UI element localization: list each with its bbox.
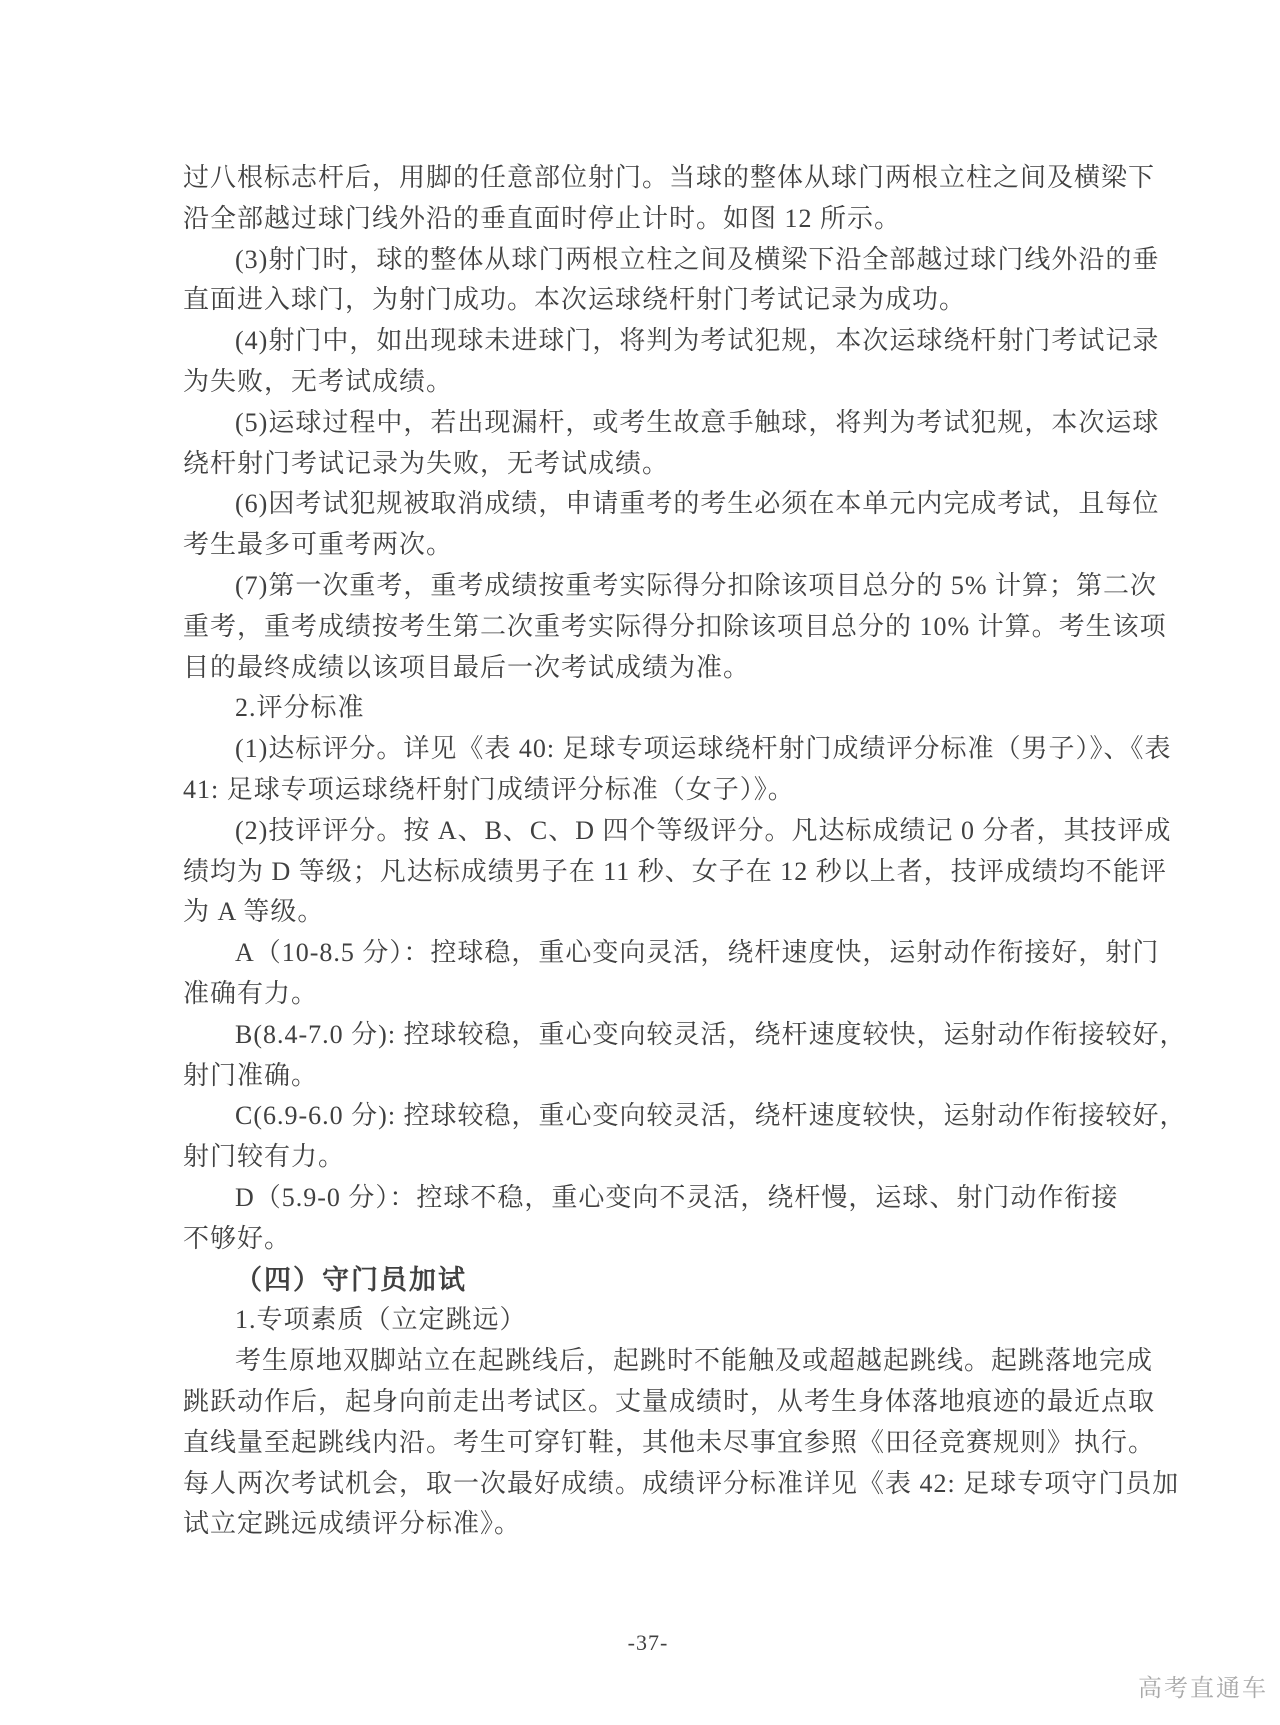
document-page: 过八根标志杆后，用脚的任意部位射门。当球的整体从球门两根立柱之间及横梁下沿全部越… <box>0 0 1280 1725</box>
text-column: 过八根标志杆后，用脚的任意部位射门。当球的整体从球门两根立柱之间及横梁下沿全部越… <box>183 158 1113 1545</box>
text-line: 重考，重考成绩按考生第二次重考实际得分扣除该项目总分的 10% 计算。考生该项 <box>183 607 1113 648</box>
text-line: 沿全部越过球门线外沿的垂直面时停止计时。如图 12 所示。 <box>183 199 1113 240</box>
text-line: 41: 足球专项运球绕杆射门成绩评分标准（女子）》。 <box>183 770 1113 811</box>
text-line: 为失败，无考试成绩。 <box>183 362 1113 403</box>
page-number: -37- <box>183 1630 1113 1656</box>
watermark: 高考直通车 <box>1138 1668 1268 1703</box>
text-line: 绩均为 D 等级；凡达标成绩男子在 11 秒、女子在 12 秒以上者，技评成绩均… <box>183 852 1113 893</box>
text-line: 绕杆射门考试记录为失败，无考试成绩。 <box>183 444 1113 485</box>
text-line: (4)射门中，如出现球未进球门，将判为考试犯规，本次运球绕杆射门考试记录 <box>183 321 1113 362</box>
text-line: (7)第一次重考，重考成绩按重考实际得分扣除该项目总分的 5% 计算；第二次 <box>183 566 1113 607</box>
text-line: B(8.4-7.0 分): 控球较稳，重心变向较灵活，绕杆速度较快，运射动作衔接… <box>183 1015 1113 1056</box>
text-line: 直面进入球门，为射门成功。本次运球绕杆射门考试记录为成功。 <box>183 280 1113 321</box>
text-line: A（10-8.5 分）：控球稳，重心变向灵活，绕杆速度快，运射动作衔接好，射门 <box>183 933 1113 974</box>
text-line: 为 A 等级。 <box>183 892 1113 933</box>
text-line: 准确有力。 <box>183 974 1113 1015</box>
text-line: 射门较有力。 <box>183 1137 1113 1178</box>
text-line: (1)达标评分。详见《表 40: 足球专项运球绕杆射门成绩评分标准（男子）》、《… <box>183 729 1113 770</box>
text-line: 跳跃动作后，起身向前走出考试区。丈量成绩时，从考生身体落地痕迹的最近点取 <box>183 1382 1113 1423</box>
text-line: 2.评分标准 <box>183 688 1113 729</box>
text-line: C(6.9-6.0 分): 控球较稳，重心变向较灵活，绕杆速度较快，运射动作衔接… <box>183 1096 1113 1137</box>
text-line: (6)因考试犯规被取消成绩，申请重考的考生必须在本单元内完成考试，且每位 <box>183 484 1113 525</box>
text-line: D（5.9-0 分）：控球不稳，重心变向不灵活，绕杆慢，运球、射门动作衔接 <box>183 1178 1113 1219</box>
text-line: 每人两次考试机会，取一次最好成绩。成绩评分标准详见《表 42: 足球专项守门员加 <box>183 1464 1113 1505</box>
text-line: 过八根标志杆后，用脚的任意部位射门。当球的整体从球门两根立柱之间及横梁下 <box>183 158 1113 199</box>
text-line: 考生原地双脚站立在起跳线后，起跳时不能触及或超越起跳线。起跳落地完成 <box>183 1341 1113 1382</box>
text-line: 目的最终成绩以该项目最后一次考试成绩为准。 <box>183 648 1113 689</box>
text-line: (3)射门时，球的整体从球门两根立柱之间及横梁下沿全部越过球门线外沿的垂 <box>183 240 1113 281</box>
text-line: 1.专项素质（立定跳远） <box>183 1300 1113 1341</box>
text-line: (5)运球过程中，若出现漏杆，或考生故意手触球，将判为考试犯规，本次运球 <box>183 403 1113 444</box>
text-line: 直线量至起跳线内沿。考生可穿钉鞋，其他未尽事宜参照《田径竞赛规则》执行。 <box>183 1423 1113 1464</box>
section-heading: （四）守门员加试 <box>183 1260 1113 1301</box>
text-line: 考生最多可重考两次。 <box>183 525 1113 566</box>
text-line: 试立定跳远成绩评分标准》。 <box>183 1504 1113 1545</box>
text-line: 射门准确。 <box>183 1056 1113 1097</box>
text-line: 不够好。 <box>183 1219 1113 1260</box>
text-line: (2)技评评分。按 A、B、C、D 四个等级评分。凡达标成绩记 0 分者，其技评… <box>183 811 1113 852</box>
